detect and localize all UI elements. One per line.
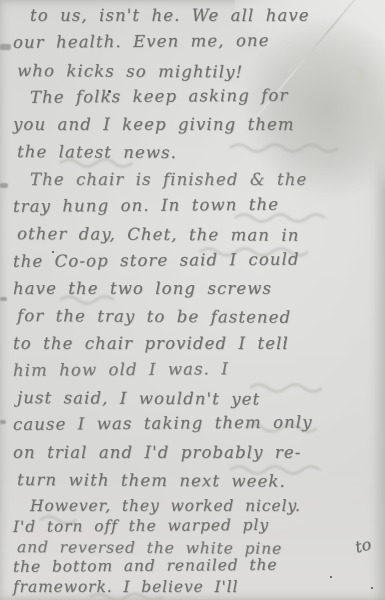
handwritten-line: our health. Even me, one (0, 30, 385, 60)
handwritten-line: the latest news. (0, 142, 385, 172)
handwritten-line: you and I keep giving them (0, 115, 385, 142)
handwritten-line: cause I was taking them only (0, 412, 385, 442)
handwritten-line: for the tray to be fastened (0, 306, 385, 336)
letter-page: S to us, isn't he. We all haveour health… (0, 0, 385, 600)
handwritten-line: have the two long screws (0, 279, 385, 306)
handwritten-line: to us, isn't he. We all have (0, 6, 385, 33)
handwritten-line: The folks keep asking for (0, 85, 385, 115)
handwritten-line: I'd torn off the warped ply (0, 515, 385, 538)
handwritten-line: framework. I believe I'll (0, 578, 385, 598)
handwritten-line: the bottom and renailed the (0, 555, 385, 578)
handwritten-line: to the chair provided I tell (0, 334, 385, 361)
handwritten-line: him how old I was. I (0, 358, 385, 388)
handwritten-line: the Co-op store said I could (0, 249, 385, 279)
handwritten-line: tray hung on. In town the (0, 194, 385, 224)
handwritten-line: The chair is finished & the (0, 170, 385, 197)
handwritten-line: on trial and I'd probably re- (0, 443, 385, 470)
letter-text: to us, isn't he. We all haveour health. … (0, 0, 385, 598)
handwritten-line: turn with them next week. (0, 470, 385, 500)
